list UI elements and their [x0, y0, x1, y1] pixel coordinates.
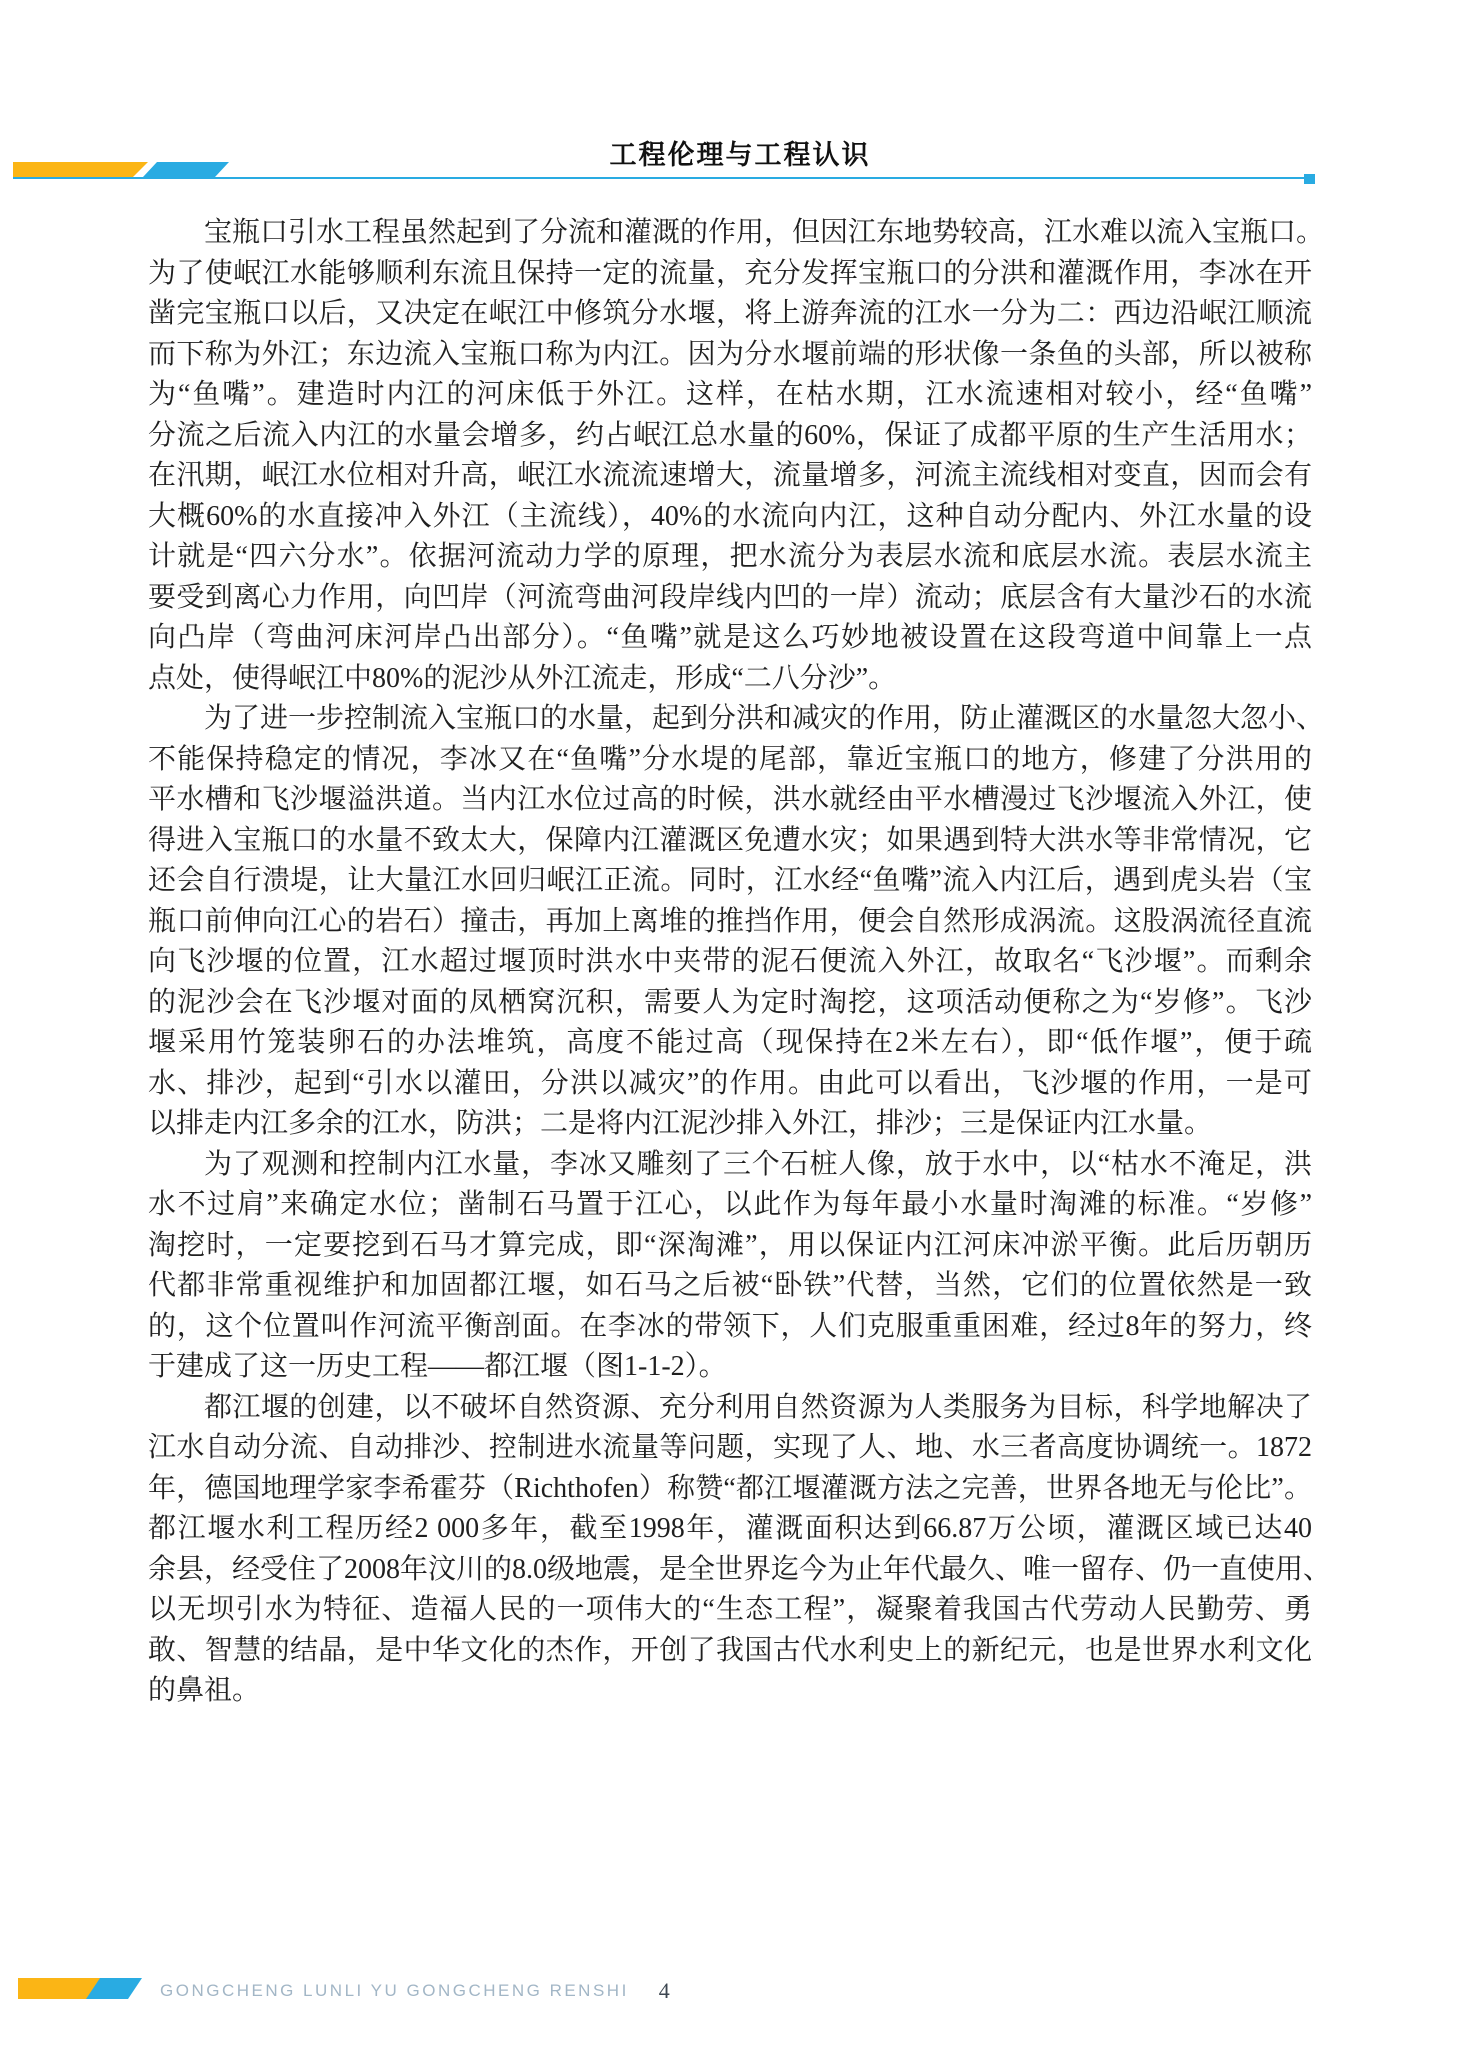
text-line: 为了使岷江水能够顺利东流且保持一定的流量，充分发挥宝瓶口的分洪和灌溉作用，李冰在…	[148, 254, 1312, 295]
text-line: 水、排沙，起到“引水以灌田，分洪以减灾”的作用。由此可以看出，飞沙堰的作用，一是…	[148, 1064, 1312, 1105]
paragraph: 宝瓶口引水工程虽然起到了分流和灌溉的作用，但因江东地势较高，江水难以流入宝瓶口。…	[148, 213, 1312, 699]
text-line: 于建成了这一历史工程——都江堰（图1-1-2）。	[148, 1347, 1312, 1388]
header-rule-endcap-square	[1304, 174, 1315, 184]
text-line: 余县，经受住了2008年汶川的8.0级地震，是全世界迄今为止年代最久、唯一留存、…	[148, 1550, 1312, 1591]
text-line: 年，德国地理学家李希霍芬（Richthofen）称赞“都江堰灌溉方法之完善，世界…	[148, 1469, 1312, 1510]
text-line: 计就是“四六分水”。依据河流动力学的原理，把水流分为表层水流和底层水流。表层水流…	[148, 537, 1312, 578]
text-line: 而下称为外江；东边流入宝瓶口称为内江。因为分水堰前端的形状像一条鱼的头部，所以被…	[148, 335, 1312, 376]
text-line: 分流之后流入内江的水量会增多，约占岷江总水量的60%，保证了成都平原的生产生活用…	[148, 416, 1312, 457]
footer-running-title: GONGCHENG LUNLI YU GONGCHENG RENSHI	[160, 1981, 629, 2001]
paragraph: 都江堰的创建，以不破坏自然资源、充分利用自然资源为人类服务为目标，科学地解决了江…	[148, 1388, 1312, 1712]
text-line: 大概60%的水直接冲入外江（主流线），40%的水流向内江，这种自动分配内、外江水…	[148, 497, 1312, 538]
body-text: 宝瓶口引水工程虽然起到了分流和灌溉的作用，但因江东地势较高，江水难以流入宝瓶口。…	[148, 213, 1312, 1712]
text-line: 水不过肩”来确定水位；凿制石马置于江心，以此作为每年最小水量时淘滩的标准。“岁修…	[148, 1185, 1312, 1226]
text-line: 堰采用竹笼装卵石的办法堆筑，高度不能过高（现保持在2米左右），即“低作堰”，便于…	[148, 1023, 1312, 1064]
text-line: 都江堰的创建，以不破坏自然资源、充分利用自然资源为人类服务为目标，科学地解决了	[148, 1388, 1312, 1429]
text-line: 以无坝引水为特征、造福人民的一项伟大的“生态工程”，凝聚着我国古代劳动人民勤劳、…	[148, 1590, 1312, 1631]
paragraph: 为了进一步控制流入宝瓶口的水量，起到分洪和减灾的作用，防止灌溉区的水量忽大忽小、…	[148, 699, 1312, 1145]
page: 工程伦理与工程认识 宝瓶口引水工程虽然起到了分流和灌溉的作用，但因江东地势较高，…	[0, 0, 1480, 2047]
text-line: 淘挖时，一定要挖到石马才算完成，即“深淘滩”，用以保证内江河床冲淤平衡。此后历朝…	[148, 1226, 1312, 1267]
paragraph: 为了观测和控制内江水量，李冰又雕刻了三个石桩人像，放于水中，以“枯水不淹足，洪水…	[148, 1145, 1312, 1388]
text-line: 得进入宝瓶口的水量不致太大，保障内江灌溉区免遭水灾；如果遇到特大洪水等非常情况，…	[148, 821, 1312, 862]
text-line: 以排走内江多余的江水，防洪；二是将内江泥沙排入外江，排沙；三是保证内江水量。	[148, 1104, 1312, 1145]
text-line: 还会自行溃堤，让大量江水回归岷江正流。同时，江水经“鱼嘴”流入内江后，遇到虎头岩…	[148, 861, 1312, 902]
text-line: 要受到离心力作用，向凹岸（河流弯曲河段岸线内凹的一岸）流动；底层含有大量沙石的水…	[148, 578, 1312, 619]
text-line: 为“鱼嘴”。建造时内江的河床低于外江。这样，在枯水期，江水流速相对较小，经“鱼嘴…	[148, 375, 1312, 416]
text-line: 的泥沙会在飞沙堰对面的凤栖窝沉积，需要人为定时淘挖，这项活动便称之为“岁修”。飞…	[148, 983, 1312, 1024]
text-line: 瓶口前伸向江心的岩石）撞击，再加上离堆的推挡作用，便会自然形成涡流。这股涡流径直…	[148, 902, 1312, 943]
text-line: 代都非常重视维护和加固都江堰，如石马之后被“卧铁”代替，当然，它们的位置依然是一…	[148, 1266, 1312, 1307]
text-line: 的，这个位置叫作河流平衡剖面。在李冰的带领下，人们克服重重困难，经过8年的努力，…	[148, 1307, 1312, 1348]
header-rule-line	[13, 177, 1305, 179]
text-line: 向凸岸（弯曲河床河岸凸出部分）。“鱼嘴”就是这么巧妙地被设置在这段弯道中间靠上一…	[148, 618, 1312, 659]
text-line: 江水自动分流、自动排沙、控制进水流量等问题，实现了人、地、水三者高度协调统一。1…	[148, 1428, 1312, 1469]
footer-line: GONGCHENG LUNLI YU GONGCHENG RENSHI 4	[160, 1979, 670, 2003]
text-line: 都江堰水利工程历经2 000多年，截至1998年，灌溉面积达到66.87万公顷，…	[148, 1509, 1312, 1550]
text-line: 不能保持稳定的情况，李冰又在“鱼嘴”分水堤的尾部，靠近宝瓶口的地方，修建了分洪用…	[148, 740, 1312, 781]
page-title: 工程伦理与工程认识	[0, 133, 1480, 172]
text-line: 的鼻祖。	[148, 1671, 1312, 1712]
text-line: 平水槽和飞沙堰溢洪道。当内江水位过高的时候，洪水就经由平水槽漫过飞沙堰流入外江，…	[148, 780, 1312, 821]
text-line: 凿完宝瓶口以后，又决定在岷江中修筑分水堰，将上游奔流的江水一分为二：西边沿岷江顺…	[148, 294, 1312, 335]
text-line: 向飞沙堰的位置，江水超过堰顶时洪水中夹带的泥石便流入外江，故取名“飞沙堰”。而剩…	[148, 942, 1312, 983]
footer-page-number: 4	[659, 1978, 670, 2004]
text-line: 为了进一步控制流入宝瓶口的水量，起到分洪和减灾的作用，防止灌溉区的水量忽大忽小、	[148, 699, 1312, 740]
text-line: 宝瓶口引水工程虽然起到了分流和灌溉的作用，但因江东地势较高，江水难以流入宝瓶口。	[148, 213, 1312, 254]
text-line: 点处，使得岷江中80%的泥沙从外江流走，形成“二八分沙”。	[148, 659, 1312, 700]
text-line: 在汛期，岷江水位相对升高，岷江水流流速增大，流量增多，河流主流线相对变直，因而会…	[148, 456, 1312, 497]
text-line: 为了观测和控制内江水量，李冰又雕刻了三个石桩人像，放于水中，以“枯水不淹足，洪	[148, 1145, 1312, 1186]
text-line: 敢、智慧的结晶，是中华文化的杰作，开创了我国古代水利史上的新纪元，也是世界水利文…	[148, 1631, 1312, 1672]
